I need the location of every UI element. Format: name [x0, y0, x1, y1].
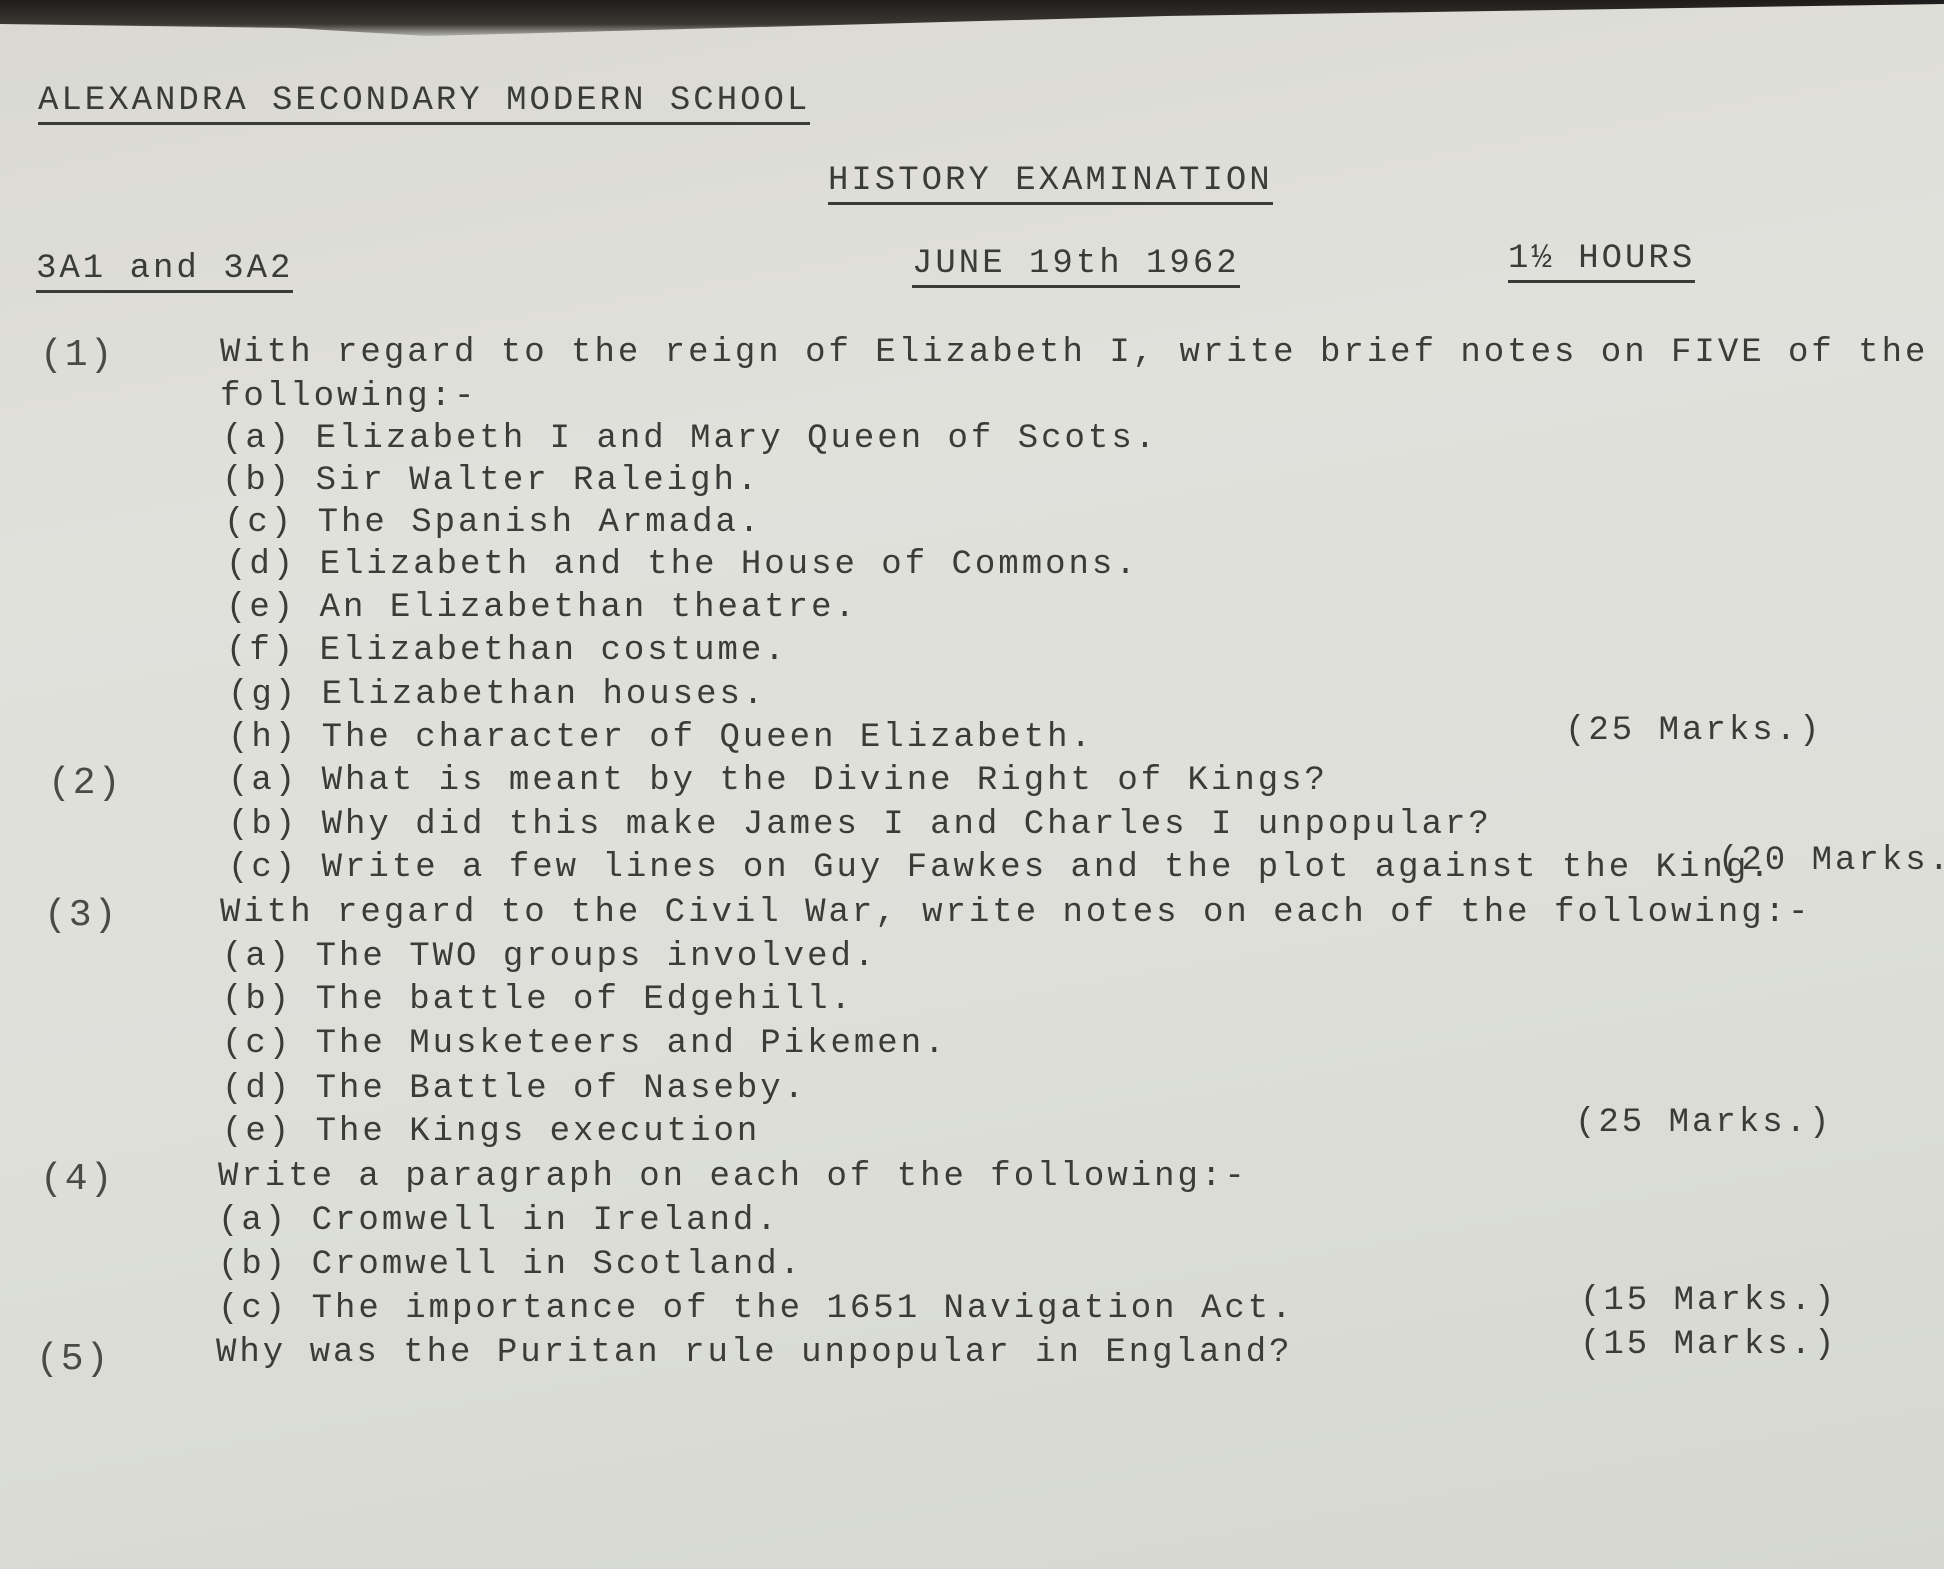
- question-number: (4): [40, 1158, 114, 1201]
- question-part: (e) The Kings execution: [222, 1113, 760, 1151]
- question-marks: (15 Marks.): [1580, 1326, 1837, 1364]
- question-part: (c) The Musketeers and Pikemen.: [222, 1025, 948, 1063]
- class-label: 3A1 and 3A2: [36, 250, 293, 293]
- question-marks: (25 Marks.): [1575, 1104, 1832, 1142]
- question-part: (c) Write a few lines on Guy Fawkes and …: [228, 849, 1773, 887]
- question-part: (b) The battle of Edgehill.: [222, 981, 854, 1019]
- question-part: (b) Sir Walter Raleigh.: [222, 462, 760, 500]
- question-part: (a) Elizabeth I and Mary Queen of Scots.: [222, 420, 1158, 458]
- question-marks: (15 Marks.): [1580, 1282, 1837, 1320]
- question-part: (d) The Battle of Naseby.: [222, 1070, 807, 1108]
- question-number: (5): [36, 1338, 110, 1381]
- question-part: (c) The Spanish Armada.: [224, 504, 762, 542]
- question-marks: (25 Marks.): [1565, 712, 1822, 750]
- question-number: (3): [44, 894, 118, 937]
- question-part: (e) An Elizabethan theatre.: [226, 589, 858, 627]
- question-part: (a) What is meant by the Divine Right of…: [228, 762, 1328, 800]
- question-part: (c) The importance of the 1651 Navigatio…: [218, 1290, 1295, 1328]
- question-part: (a) The TWO groups involved.: [222, 938, 877, 976]
- question-part: (g) Elizabethan houses.: [228, 676, 766, 714]
- school-name: ALEXANDRA SECONDARY MODERN SCHOOL: [38, 82, 810, 125]
- exam-title: HISTORY EXAMINATION: [828, 162, 1273, 205]
- question-stem: With regard to the Civil War, write note…: [220, 894, 1811, 932]
- question-part: (d) Elizabeth and the House of Commons.: [226, 546, 1139, 584]
- exam-duration: 1½ HOURS: [1508, 240, 1695, 283]
- question-part: (b) Cromwell in Scotland.: [218, 1246, 803, 1284]
- question-stem-continued: following:-: [220, 378, 477, 416]
- question-stem: Why was the Puritan rule unpopular in En…: [216, 1334, 1293, 1372]
- question-marks: (20 Marks.: [1718, 842, 1944, 880]
- question-number: (2): [48, 762, 122, 805]
- question-part: (b) Why did this make James I and Charle…: [228, 806, 1492, 844]
- question-part: (a) Cromwell in Ireland.: [218, 1202, 780, 1240]
- question-stem: Write a paragraph on each of the followi…: [218, 1158, 1248, 1196]
- question-part: (h) The character of Queen Elizabeth.: [228, 719, 1094, 757]
- question-number: (1): [40, 334, 114, 377]
- question-stem: With regard to the reign of Elizabeth I,…: [220, 334, 1928, 372]
- question-part: (f) Elizabethan costume.: [226, 632, 788, 670]
- exam-date: JUNE 19th 1962: [912, 245, 1240, 288]
